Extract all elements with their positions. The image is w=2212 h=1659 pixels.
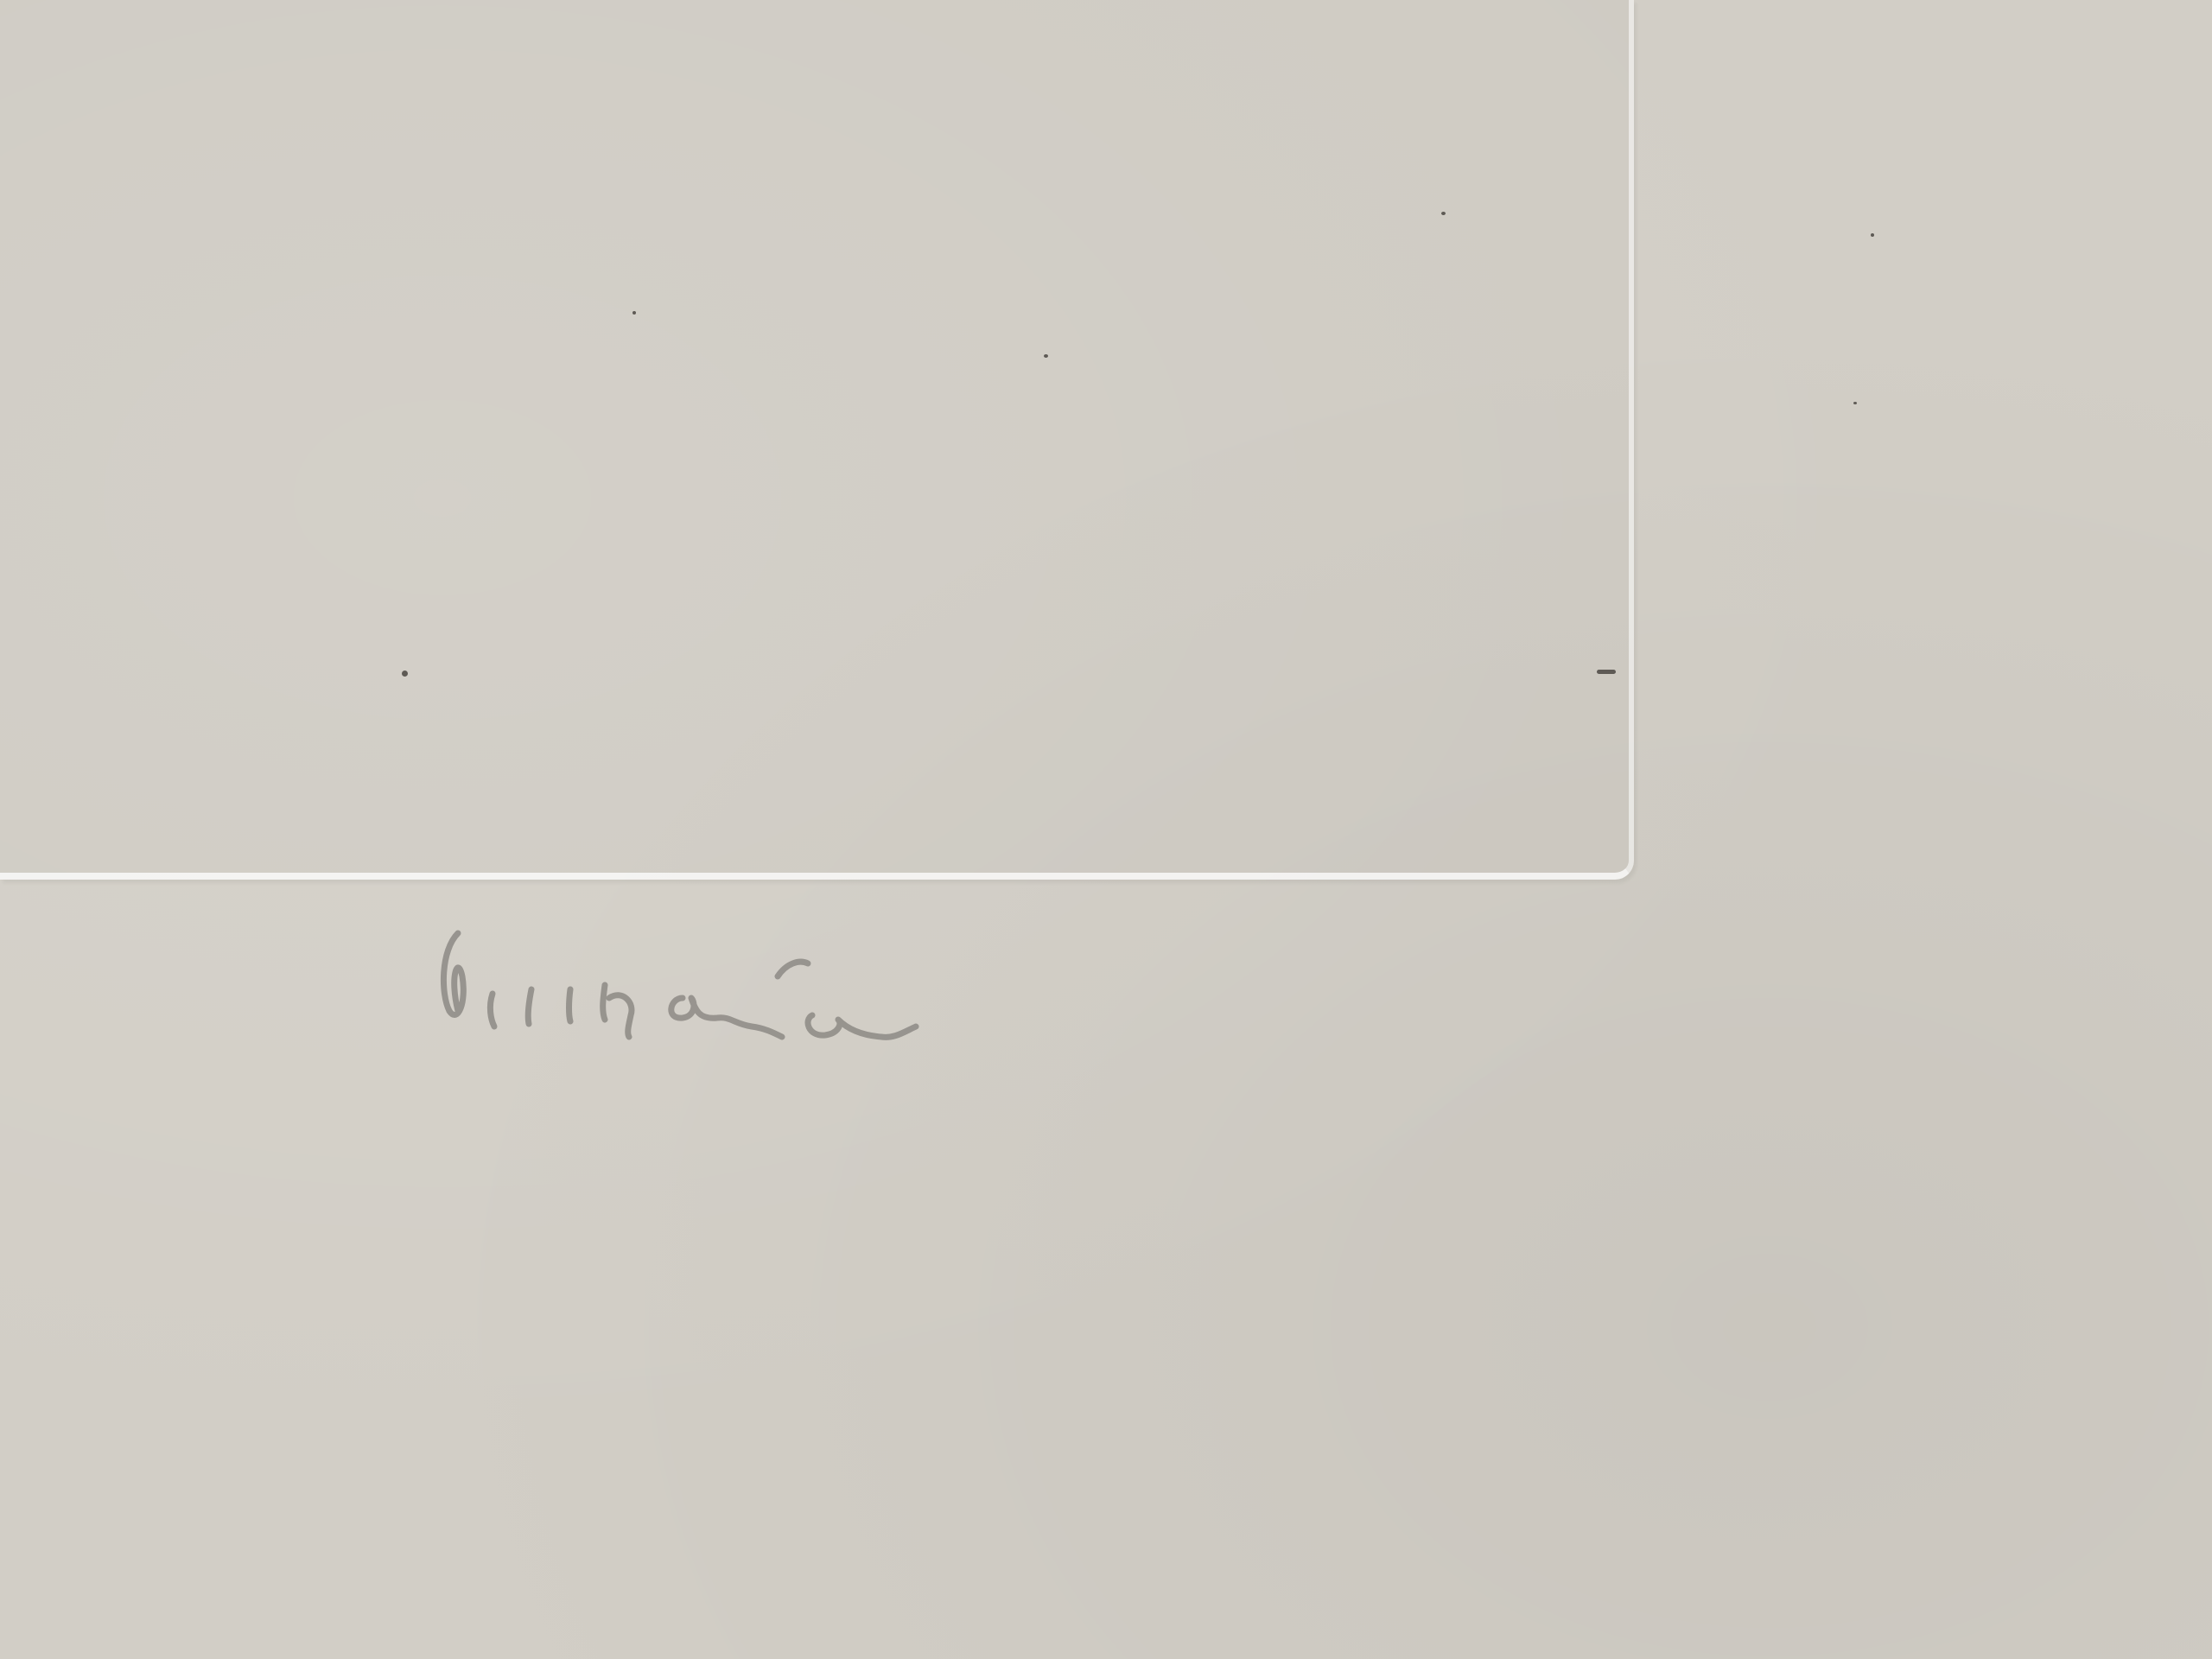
plate-mark — [0, 0, 1634, 880]
pencil-signature — [432, 916, 1745, 1089]
paper-background: Handwritten pencil signature, not legibl… — [0, 0, 2212, 1659]
paper-speck — [1441, 212, 1446, 215]
paper-speck — [1871, 233, 1874, 237]
paper-speck — [632, 311, 636, 315]
paper-speck — [1597, 670, 1616, 674]
paper-speck — [402, 671, 408, 677]
paper-speck — [1044, 354, 1048, 358]
paper-speck — [1853, 402, 1857, 404]
